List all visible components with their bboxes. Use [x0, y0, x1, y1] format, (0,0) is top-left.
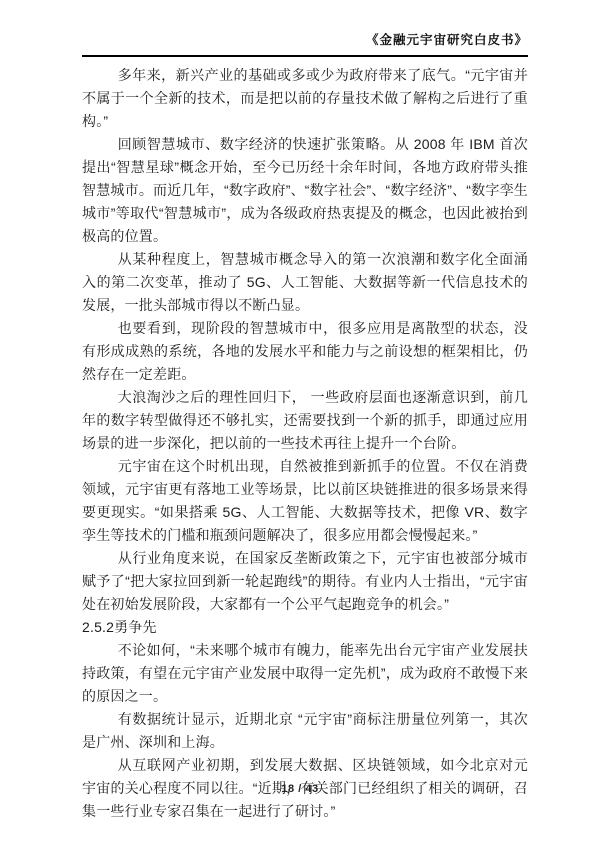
- paragraph: 从行业角度来说，在国家反垄断政策之下，元宇宙也被部分城市赋予了“把大家拉回到新一…: [82, 547, 528, 616]
- paragraph: 大浪淘沙之后的理性回归下， 一些政府层面也逐渐意识到，前几年的数字转型做得还不够…: [82, 386, 528, 455]
- header-title: 《金融元宇宙研究白皮书》: [366, 33, 528, 47]
- paragraph: 多年来，新兴产业的基础或多或少为政府带来了底气。“元宇宙并不属于一个全新的技术，…: [82, 64, 528, 133]
- paragraph: 元宇宙在这个时机出现，自然被推到新抓手的位置。不仅在消费领域，元宇宙更有落地工业…: [82, 455, 528, 547]
- page-header: 《金融元宇宙研究白皮书》: [82, 30, 528, 57]
- paragraph: 从某种程度上，智慧城市概念导入的第一次浪潮和数字化全面涌入的第二次变革，推动了 …: [82, 248, 528, 317]
- paragraph: 有数据统计显示，近期北京 “元宇宙”商标注册量位列第一，其次是广州、深圳和上海。: [82, 708, 528, 754]
- paragraph: 回顾智慧城市、数字经济的快速扩张策略。从 2008 年 IBM 首次提出“智慧星…: [82, 133, 528, 248]
- page-footer: 18 / 43: [0, 783, 600, 795]
- page-number: 18 / 43: [281, 783, 318, 795]
- section-heading: 2.5.2勇争先: [82, 616, 528, 639]
- paragraph: 也要看到，现阶段的智慧城市中，很多应用是离散型的状态，没有形成成熟的系统，各地的…: [82, 317, 528, 386]
- document-body: 多年来，新兴产业的基础或多或少为政府带来了底气。“元宇宙并不属于一个全新的技术，…: [82, 64, 528, 823]
- paragraph: 不论如何，“未来哪个城市有魄力，能率先出台元宇宙产业发展扶持政策，有望在元宇宙产…: [82, 639, 528, 708]
- document-page: 《金融元宇宙研究白皮书》 多年来，新兴产业的基础或多或少为政府带来了底气。“元宇…: [0, 0, 600, 848]
